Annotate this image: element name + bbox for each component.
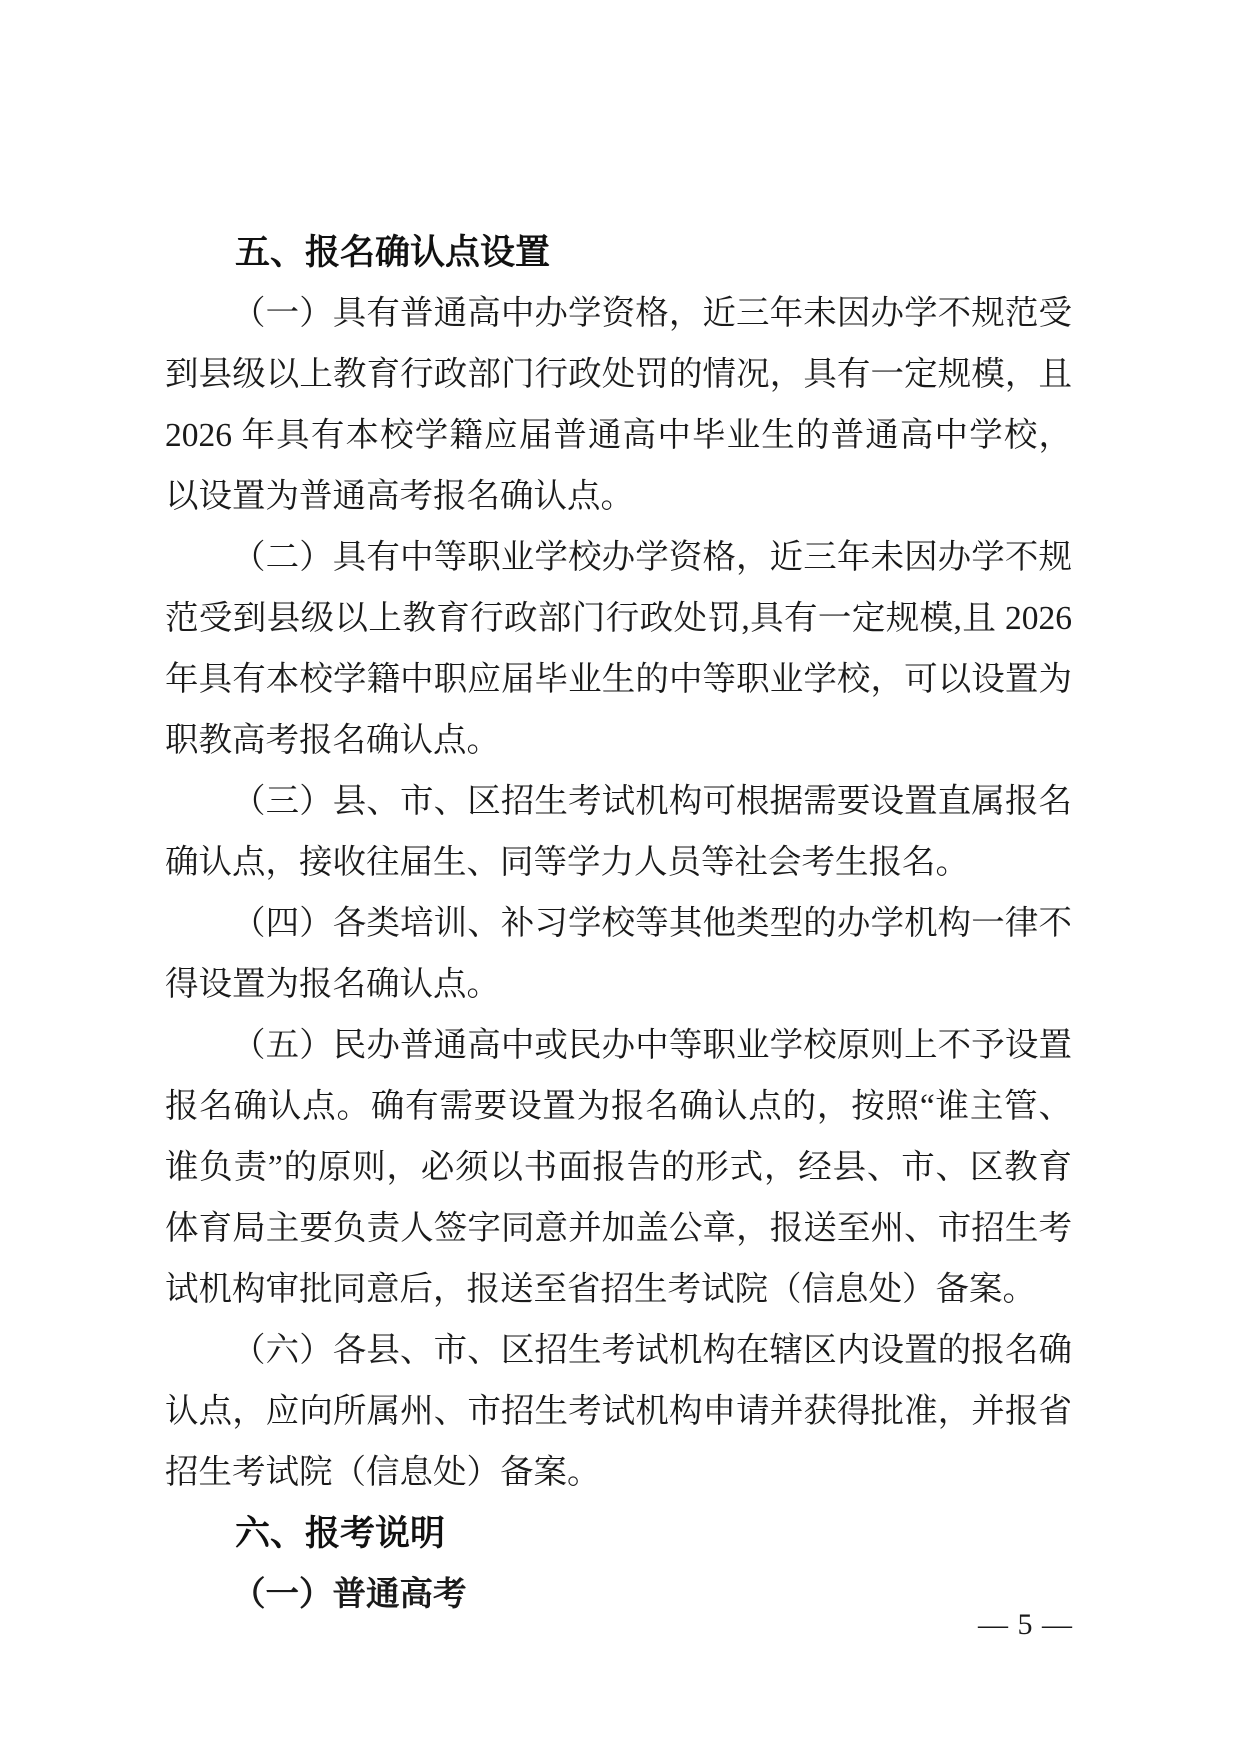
paragraph-3: （三）县、市、区招生考试机构可根据需要设置直属报名确认点，接收往届生、同等学力人… xyxy=(165,771,1072,893)
text-line: 试机构审批同意后，报送至省招生考试院（信息处）备案。 xyxy=(165,1259,1072,1320)
text-line: 得设置为报名确认点。 xyxy=(165,954,1072,1015)
page-number: — 5 — xyxy=(978,1605,1073,1645)
paragraph-5: （五）民办普通高中或民办中等职业学校原则上不予设置报名确认点。确有需要设置为报名… xyxy=(165,1015,1072,1320)
text-line: （二）具有中等职业学校办学资格，近三年未因办学不规 xyxy=(165,527,1072,588)
text-line: 2026 年具有本校学籍应届普通高中毕业生的普通高中学校，可 xyxy=(165,405,1072,466)
text-line: 报名确认点。确有需要设置为报名确认点的，按照“谁主管、 xyxy=(165,1076,1072,1137)
paragraph-2: （二）具有中等职业学校办学资格，近三年未因办学不规范受到县级以上教育行政部门行政… xyxy=(165,527,1072,771)
text-line: （三）县、市、区招生考试机构可根据需要设置直属报名 xyxy=(165,771,1072,832)
text-line: 谁负责”的原则，必须以书面报告的形式，经县、市、区教育 xyxy=(165,1137,1072,1198)
text-line: 到县级以上教育行政部门行政处罚的情况，具有一定规模，且 xyxy=(165,344,1072,405)
text-line: 以设置为普通高考报名确认点。 xyxy=(165,466,1072,527)
paragraph-4: （四）各类培训、补习学校等其他类型的办学机构一律不得设置为报名确认点。 xyxy=(165,893,1072,1015)
text-line: （六）各县、市、区招生考试机构在辖区内设置的报名确 xyxy=(165,1320,1072,1381)
text-line: 体育局主要负责人签字同意并加盖公章，报送至州、市招生考 xyxy=(165,1198,1072,1259)
text-line: 确认点，接收往届生、同等学力人员等社会考生报名。 xyxy=(165,832,1072,893)
paragraph-1: （一）具有普通高中办学资格，近三年未因办学不规范受到县级以上教育行政部门行政处罚… xyxy=(165,283,1072,527)
section-heading-6: 六、报考说明 xyxy=(165,1503,1072,1564)
text-line: 职教高考报名确认点。 xyxy=(165,710,1072,771)
text-line: 认点，应向所属州、市招生考试机构申请并获得批准，并报省 xyxy=(165,1381,1072,1442)
subsection-heading-gaokao: （一）普通高考 xyxy=(165,1564,1072,1625)
text-line: 招生考试院（信息处）备案。 xyxy=(165,1442,1072,1503)
text-line: （五）民办普通高中或民办中等职业学校原则上不予设置 xyxy=(165,1015,1072,1076)
text-line: （四）各类培训、补习学校等其他类型的办学机构一律不 xyxy=(165,893,1072,954)
document-body: 五、报名确认点设置 （一）具有普通高中办学资格，近三年未因办学不规范受到县级以上… xyxy=(165,222,1072,1625)
section-heading-5: 五、报名确认点设置 xyxy=(165,222,1072,283)
text-line: 年具有本校学籍中职应届毕业生的中等职业学校，可以设置为 xyxy=(165,649,1072,710)
document-page: 五、报名确认点设置 （一）具有普通高中办学资格，近三年未因办学不规范受到县级以上… xyxy=(0,0,1240,1753)
paragraph-6: （六）各县、市、区招生考试机构在辖区内设置的报名确认点，应向所属州、市招生考试机… xyxy=(165,1320,1072,1503)
text-line: 范受到县级以上教育行政部门行政处罚,具有一定规模,且 2026 xyxy=(165,588,1072,649)
text-line: （一）具有普通高中办学资格，近三年未因办学不规范受 xyxy=(165,283,1072,344)
